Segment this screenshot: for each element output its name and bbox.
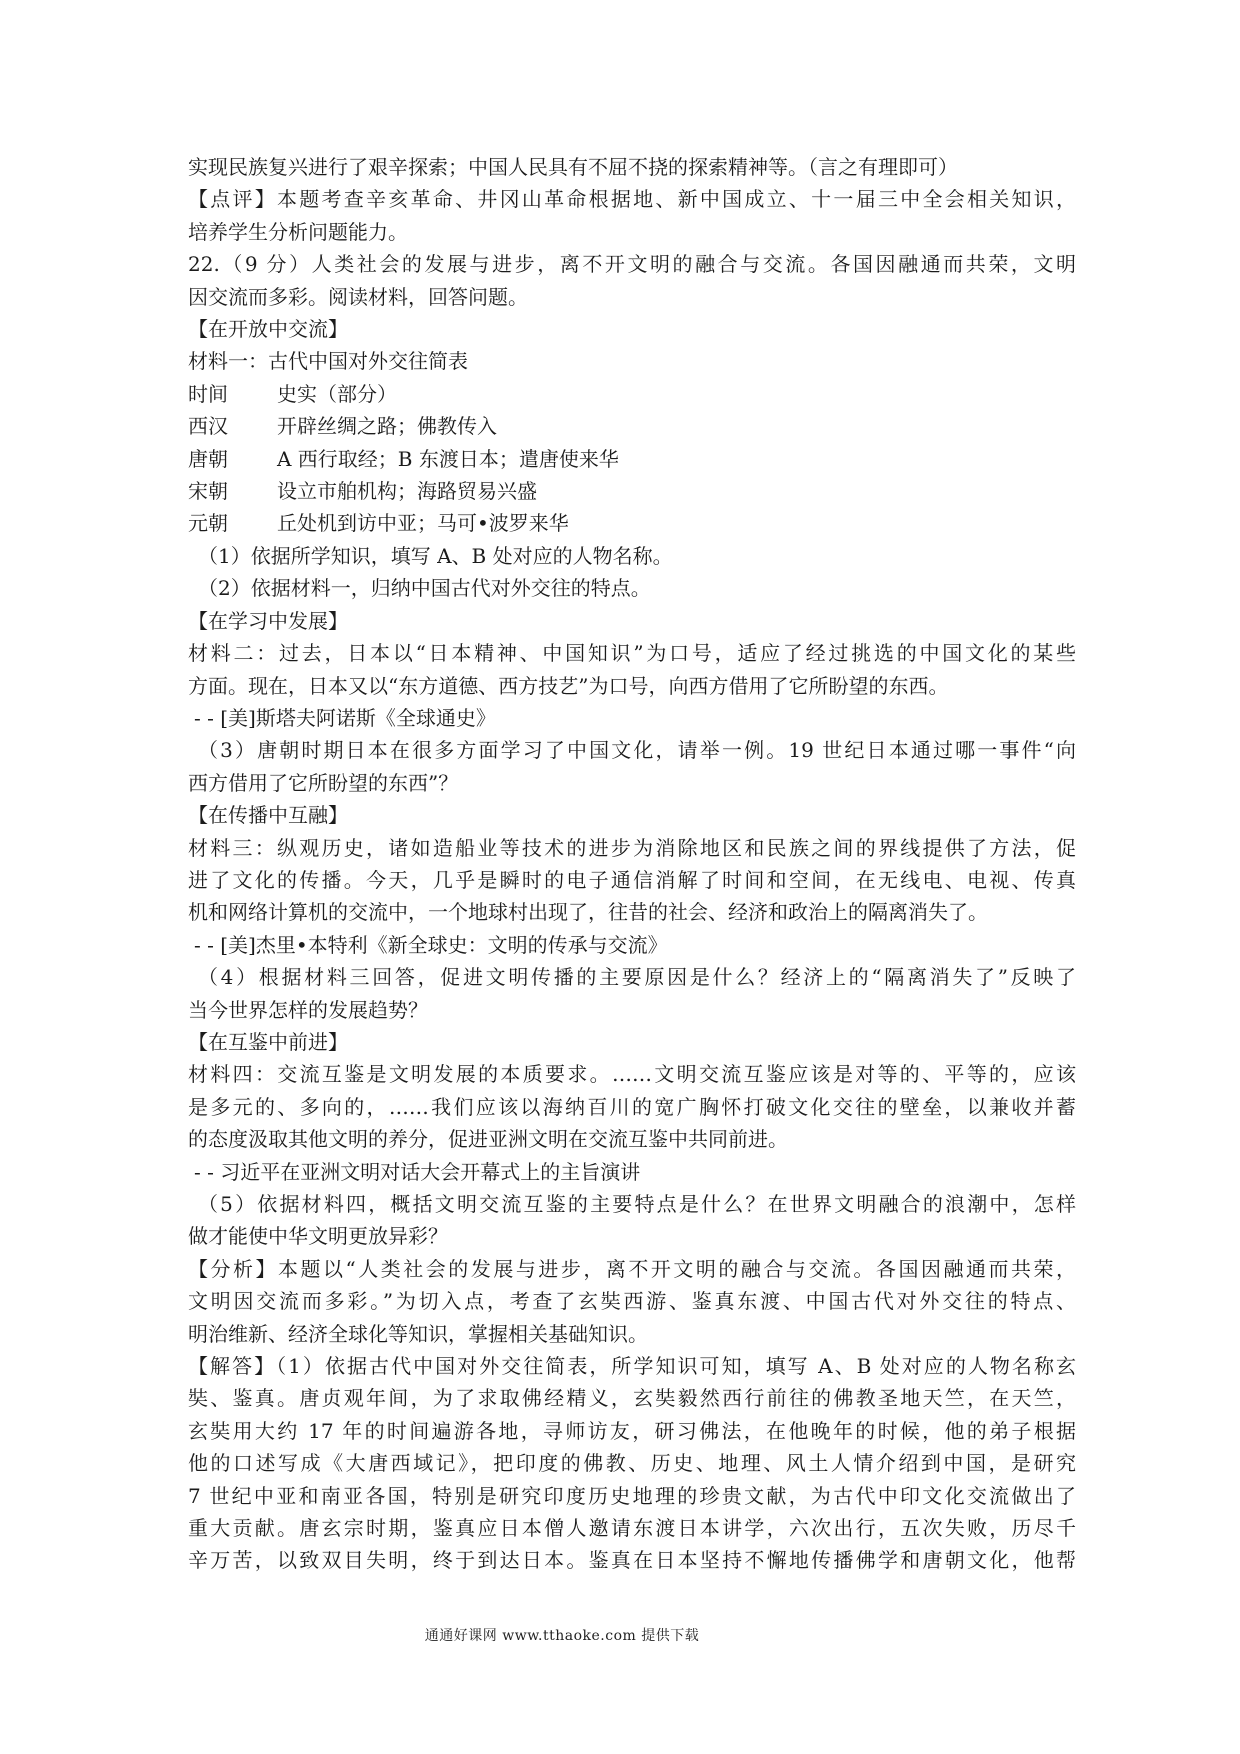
text-line: 【在互鉴中前进】: [188, 1026, 1076, 1058]
table-row: 西汉开辟丝绸之路；佛教传入: [188, 410, 1076, 442]
text-line: 西方借用了它所盼望的东西”？: [188, 767, 1076, 799]
document-body: 实现民族复兴进行了艰辛探索；中国人民具有不屈不挠的探索精神等。（言之有理即可）【…: [188, 151, 1076, 1577]
text-line: 文明因交流而多彩。”为切入点，考查了玄奘西游、鉴真东渡、中国古代对外交往的特点、: [188, 1285, 1076, 1317]
text-line: 明治维新、经济全球化等知识，掌握相关基础知识。: [188, 1318, 1076, 1350]
table-row: 元朝丘处机到访中亚；马可•波罗来华: [188, 507, 1076, 539]
text-line: 材料二：过去，日本以“日本精神、中国知识”为口号，适应了经过挑选的中国文化的某些: [188, 637, 1076, 669]
text-line: 实现民族复兴进行了艰辛探索；中国人民具有不屈不挠的探索精神等。（言之有理即可）: [188, 151, 1076, 183]
text-line: 的态度汲取其他文明的养分，促进亚洲文明在交流互鉴中共同前进。: [188, 1123, 1076, 1155]
table-cell-facts: 丘处机到访中亚；马可•波罗来华: [277, 511, 569, 535]
table-cell-period: 时间: [188, 378, 277, 410]
text-line: 奘、鉴真。唐贞观年间，为了求取佛经精义，玄奘毅然西行前往的佛教圣地天竺，在天竺，: [188, 1382, 1076, 1414]
table-cell-period: 唐朝: [188, 443, 277, 475]
text-line: 辛万苦，以致双目失明，终于到达日本。鉴真在日本坚持不懈地传播佛学和唐朝文化，他帮: [188, 1544, 1076, 1576]
text-line: 材料一：古代中国对外交往简表: [188, 345, 1076, 377]
table-row: 时间史实（部分）: [188, 378, 1076, 410]
text-line: （1）依据所学知识，填写 A、B 处对应的人物名称。: [188, 540, 1076, 572]
table-row: 宋朝设立市舶机构；海路贸易兴盛: [188, 475, 1076, 507]
text-line: 是多元的、多向的，……我们应该以海纳百川的宽广胸怀打破文化交往的壁垒，以兼收并蓄: [188, 1091, 1076, 1123]
text-line: 材料三：纵观历史，诸如造船业等技术的进步为消除地区和民族之间的界线提供了方法，促: [188, 832, 1076, 864]
text-line: （5）依据材料四，概括文明交流互鉴的主要特点是什么？在世界文明融合的浪潮中，怎样: [188, 1188, 1076, 1220]
text-line: （4）根据材料三回答，促进文明传播的主要原因是什么？经济上的“隔离消失了”反映了: [188, 961, 1076, 993]
text-line: 重大贡献。唐玄宗时期，鉴真应日本僧人邀请东渡日本讲学，六次出行，五次失败，历尽千: [188, 1512, 1076, 1544]
text-line: - - 习近平在亚洲文明对话大会开幕式上的主旨演讲: [188, 1156, 1076, 1188]
text-line: 【分析】本题以“人类社会的发展与进步，离不开文明的融合与交流。各国因融通而共荣，: [188, 1253, 1076, 1285]
page-footer: 通通好课网 www.tthaoke.com 提供下载: [425, 1626, 699, 1646]
text-line: 22.（9 分）人类社会的发展与进步，离不开文明的融合与交流。各国因融通而共荣，…: [188, 248, 1076, 280]
text-line: 机和网络计算机的交流中，一个地球村出现了，往昔的社会、经济和政治上的隔离消失了。: [188, 896, 1076, 928]
text-line: 他的口述写成《大唐西域记》，把印度的佛教、历史、地理、风土人情介绍到中国，是研究: [188, 1447, 1076, 1479]
table-cell-period: 西汉: [188, 410, 277, 442]
table-cell-period: 元朝: [188, 507, 277, 539]
table-cell-facts: 设立市舶机构；海路贸易兴盛: [277, 479, 537, 503]
text-line: - - [美]杰里•本特利《新全球史：文明的传承与交流》: [188, 929, 1076, 961]
text-line: - - [美]斯塔夫阿诺斯《全球通史》: [188, 702, 1076, 734]
text-line: 当今世界怎样的发展趋势？: [188, 994, 1076, 1026]
text-line: 【在学习中发展】: [188, 605, 1076, 637]
text-line: 培养学生分析问题能力。: [188, 216, 1076, 248]
text-line: 做才能使中华文明更放异彩？: [188, 1220, 1076, 1252]
text-line: （3）唐朝时期日本在很多方面学习了中国文化，请举一例。19 世纪日本通过哪一事件…: [188, 734, 1076, 766]
table-cell-facts: 史实（部分）: [277, 382, 397, 406]
text-line: 材料四：交流互鉴是文明发展的本质要求。……文明交流互鉴应该是对等的、平等的，应该: [188, 1058, 1076, 1090]
text-line: 玄奘用大约 17 年的时间遍游各地，寻师访友，研习佛法，在他晚年的时候，他的弟子…: [188, 1415, 1076, 1447]
text-line: 【解答】（1）依据古代中国对外交往简表，所学知识可知，填写 A、B 处对应的人物…: [188, 1350, 1076, 1382]
text-line: 【在传播中互融】: [188, 799, 1076, 831]
table-cell-facts: 开辟丝绸之路；佛教传入: [277, 414, 497, 438]
text-line: 7 世纪中亚和南亚各国，特别是研究印度历史地理的珍贵文献，为古代中印文化交流做出…: [188, 1480, 1076, 1512]
text-line: 方面。现在，日本又以“东方道德、西方技艺”为口号，向西方借用了它所盼望的东西。: [188, 670, 1076, 702]
table-row: 唐朝A 西行取经；B 东渡日本；遣唐使来华: [188, 443, 1076, 475]
text-line: （2）依据材料一，归纳中国古代对外交往的特点。: [188, 572, 1076, 604]
text-line: 【在开放中交流】: [188, 313, 1076, 345]
table-cell-facts: A 西行取经；B 东渡日本；遣唐使来华: [277, 447, 619, 471]
table-cell-period: 宋朝: [188, 475, 277, 507]
text-line: 【点评】本题考查辛亥革命、井冈山革命根据地、新中国成立、十一届三中全会相关知识，: [188, 183, 1076, 215]
text-line: 进了文化的传播。今天，几乎是瞬时的电子通信消解了时间和空间，在无线电、电视、传真: [188, 864, 1076, 896]
document-page: 实现民族复兴进行了艰辛探索；中国人民具有不屈不挠的探索精神等。（言之有理即可）【…: [0, 0, 1240, 1754]
text-line: 因交流而多彩。阅读材料，回答问题。: [188, 281, 1076, 313]
footer-watermark-text: 通通好课网 www.tthaoke.com 提供下载: [425, 1628, 699, 1644]
